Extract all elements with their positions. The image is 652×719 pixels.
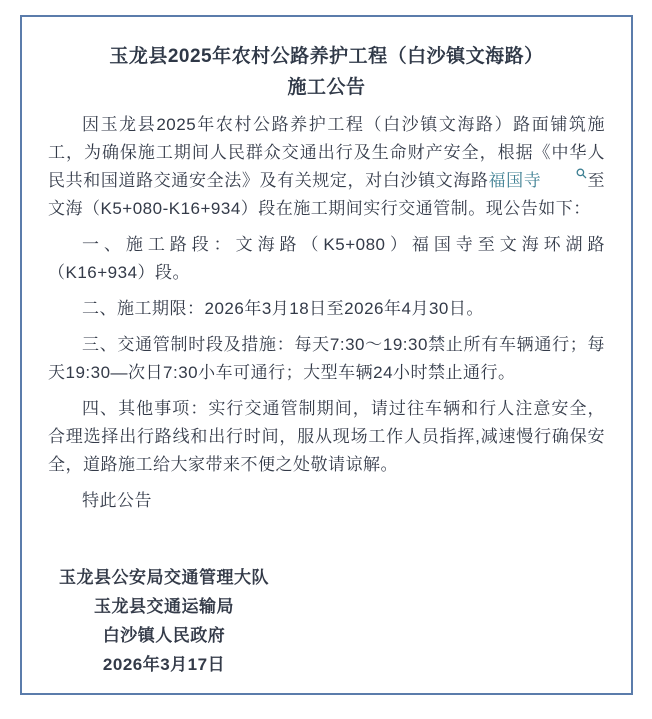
page-title: 玉龙县2025年农村公路养护工程（白沙镇文海路） 施工公告: [48, 41, 605, 103]
entity-link-label: 福国寺: [489, 171, 542, 190]
title-line-1: 玉龙县2025年农村公路养护工程（白沙镇文海路）: [48, 41, 605, 72]
document-frame: 玉龙县2025年农村公路养护工程（白沙镇文海路） 施工公告 因玉龙县2025年农…: [20, 15, 633, 695]
entity-link[interactable]: 福国寺: [489, 171, 588, 190]
item-road-section: 一、施工路段：文海路（K5+080）福国寺至文海环湖路（K16+934）段。: [48, 231, 605, 287]
signature-town-government: 白沙镇人民政府: [48, 621, 280, 650]
item-construction-period: 二、施工期限：2026年3月18日至2026年4月30日。: [48, 295, 605, 323]
search-icon: [542, 168, 587, 179]
signature-transport-bureau: 玉龙县交通运输局: [48, 592, 280, 621]
item-other-matters: 四、其他事项：实行交通管制期间，请过往车辆和行人注意安全，合理选择出行路线和出行…: [48, 395, 605, 479]
item-traffic-control: 三、交通管制时段及措施：每天7:30～19:30禁止所有车辆通行；每天19:30…: [48, 331, 605, 387]
closing-statement: 特此公告: [48, 487, 605, 515]
signature-date: 2026年3月17日: [48, 650, 280, 679]
page-background: 玉龙县2025年农村公路养护工程（白沙镇文海路） 施工公告 因玉龙县2025年农…: [0, 0, 652, 719]
signature-block: 玉龙县公安局交通管理大队 玉龙县交通运输局 白沙镇人民政府 2026年3月17日: [48, 563, 280, 679]
title-line-2: 施工公告: [48, 72, 605, 103]
signature-traffic-police: 玉龙县公安局交通管理大队: [48, 563, 280, 592]
intro-paragraph: 因玉龙县2025年农村公路养护工程（白沙镇文海路）路面铺筑施工，为确保施工期间人…: [48, 111, 605, 223]
